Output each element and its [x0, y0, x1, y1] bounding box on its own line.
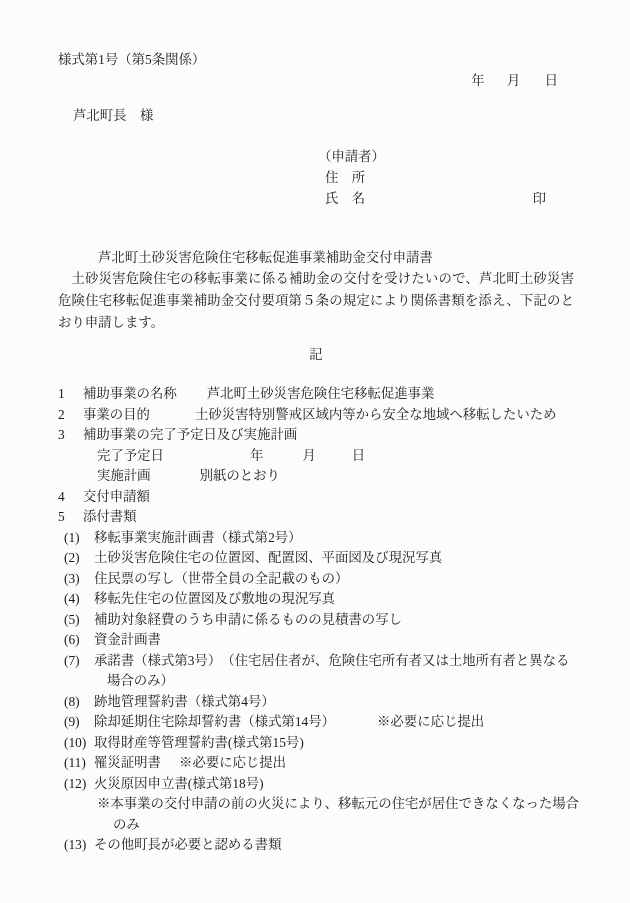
item-3-plan-row: 実施計画 別紙のとおり — [97, 466, 574, 487]
addressee: 芦北町長 様 — [73, 105, 574, 126]
attachment-12-text: 火災原因申立書(様式第18号) — [94, 774, 574, 795]
applicant-name-row: 氏 名 印 — [325, 188, 546, 209]
item-2: 2 事業の目的 土砂災害特別警戒区域内等から安全な地域へ移転したいため — [58, 405, 574, 426]
attachment-5: (5) 補助対象経費のうち申請に係るものの見積書の写し — [64, 610, 574, 631]
item-1: 1 補助事業の名称 芦北町土砂災害危険住宅移転促進事業 — [58, 384, 574, 405]
item-2-value: 土砂災害特別警戒区域内等から安全な地域へ移転したいため — [195, 405, 557, 426]
attachment-10-number: (10) — [64, 733, 94, 754]
item-1-label: 補助事業の名称 — [83, 384, 177, 405]
attachment-9: (9) 除却延期住宅除却誓約書（様式第14号） ※必要に応じ提出 — [64, 712, 574, 733]
attachment-3-number: (3) — [64, 569, 94, 590]
attachment-3-text: 住民票の写し（世帯全員の全記載のもの） — [94, 569, 574, 590]
attachment-4-number: (4) — [64, 589, 94, 610]
item-3-label: 補助事業の完了予定日及び実施計画 — [83, 425, 297, 446]
attachment-5-text: 補助対象経費のうち申請に係るものの見積書の写し — [94, 610, 574, 631]
attachment-5-number: (5) — [64, 610, 94, 631]
attachment-10-text: 取得財産等管理誓約書(様式第15号) — [94, 733, 574, 754]
applicant-name-label: 氏 名 — [325, 188, 365, 209]
item-5-number: 5 — [58, 507, 83, 528]
attachment-4: (4) 移転先住宅の位置図及び敷地の現況写真 — [64, 589, 574, 610]
attachment-1-text: 移転事業実施計画書（様式第2号） — [94, 528, 574, 549]
attachment-3: (3) 住民票の写し（世帯全員の全記載のもの） — [64, 569, 574, 590]
date-day-label: 日 — [545, 73, 558, 88]
applicant-address-label: 住 所 — [325, 167, 546, 188]
attachment-11-text: 罹災証明書 — [94, 753, 161, 774]
attachment-11-number: (11) — [64, 753, 94, 774]
plan-value: 別紙のとおり — [200, 466, 280, 487]
completion-year-label: 年 — [250, 446, 263, 467]
attachment-11: (11) 罹災証明書 ※必要に応じ提出 — [64, 753, 574, 774]
completion-month-label: 月 — [302, 446, 315, 467]
date-year-label: 年 — [471, 73, 484, 88]
attachment-1: (1) 移転事業実施計画書（様式第2号） — [64, 528, 574, 549]
attachment-13-number: (13) — [64, 835, 94, 856]
attachment-1-number: (1) — [64, 528, 94, 549]
item-2-label: 事業の目的 — [83, 405, 150, 426]
date-month-label: 月 — [507, 73, 520, 88]
attachment-12-number: (12) — [64, 774, 94, 795]
attachment-10: (10) 取得財産等管理誓約書(様式第15号) — [64, 733, 574, 754]
plan-label: 実施計画 — [97, 466, 151, 487]
attachment-6: (6) 資金計画書 — [64, 630, 574, 651]
attachment-8: (8) 跡地管理誓約書（様式第4号） — [64, 692, 574, 713]
items-list: 1 補助事業の名称 芦北町土砂災害危険住宅移転促進事業 2 事業の目的 土砂災害… — [58, 384, 574, 856]
item-5-label: 添付書類 — [83, 507, 137, 528]
attachment-7-text: 承諾書（様式第3号） （住宅居住者が、危険住宅所有者又は土地所有者と異なる場合の… — [94, 651, 574, 692]
applicant-block: （申請者） 住 所 氏 名 印 — [318, 146, 546, 209]
attachment-9-note: ※必要に応じ提出 — [377, 712, 484, 733]
attachment-9-text: 除却延期住宅除却誓約書（様式第14号） — [94, 712, 335, 733]
completion-date-label: 完了予定日 — [97, 446, 164, 467]
attachment-7: (7) 承諾書（様式第3号） （住宅居住者が、危険住宅所有者又は土地所有者と異な… — [64, 651, 574, 692]
form-number: 様式第1号（第5条関係） — [58, 49, 574, 70]
attachment-2-number: (2) — [64, 548, 94, 569]
attachment-6-text: 資金計画書 — [94, 630, 574, 651]
item-5: 5 添付書類 — [58, 507, 574, 528]
attachment-8-text: 跡地管理誓約書（様式第4号） — [94, 692, 574, 713]
attachment-7-number: (7) — [64, 651, 94, 692]
attachment-2-text: 土砂災害危険住宅の位置図、配置図、平面図及び現況写真 — [94, 548, 574, 569]
attachment-13: (13) その他町長が必要と認める書類 — [64, 835, 574, 856]
item-4-label: 交付申請額 — [83, 487, 150, 508]
attachment-13-text: その他町長が必要と認める書類 — [94, 835, 574, 856]
attachment-4-text: 移転先住宅の位置図及び敷地の現況写真 — [94, 589, 574, 610]
item-4-number: 4 — [58, 487, 83, 508]
attachment-8-number: (8) — [64, 692, 94, 713]
item-1-value: 芦北町土砂災害危険住宅移転促進事業 — [207, 384, 435, 405]
date-line: 年 月 日 — [58, 70, 574, 91]
attachment-6-number: (6) — [64, 630, 94, 651]
attachment-9-number: (9) — [64, 712, 94, 733]
attachment-11-note: ※必要に応じ提出 — [179, 753, 286, 774]
attachment-12: (12) 火災原因申立書(様式第18号) — [64, 774, 574, 795]
seal-mark: 印 — [533, 188, 546, 209]
item-3-number: 3 — [58, 425, 83, 446]
attachment-12-subnote: ※本事業の交付申請の前の火災により、移転元の住宅が居住できなくなった場合のみ — [97, 794, 586, 835]
application-form-page: 様式第1号（第5条関係） 年 月 日 芦北町長 様 （申請者） 住 所 氏 名 … — [0, 0, 630, 903]
attachment-2: (2) 土砂災害危険住宅の位置図、配置図、平面図及び現況写真 — [64, 548, 574, 569]
item-3-completion-date-row: 完了予定日 年 月 日 — [97, 446, 574, 467]
record-mark: 記 — [58, 344, 574, 366]
item-1-number: 1 — [58, 384, 83, 405]
completion-day-label: 日 — [352, 446, 365, 467]
document-title: 芦北町土砂災害危険住宅移転促進事業補助金交付申請書 — [98, 247, 574, 268]
applicant-heading: （申請者） — [318, 146, 546, 167]
body-paragraph: 土砂災害危険住宅の移転事業に係る補助金の交付を受けたいので、芦北町土砂災害危険住… — [58, 268, 574, 334]
item-4: 4 交付申請額 — [58, 487, 574, 508]
item-2-number: 2 — [58, 405, 83, 426]
item-3: 3 補助事業の完了予定日及び実施計画 — [58, 425, 574, 446]
